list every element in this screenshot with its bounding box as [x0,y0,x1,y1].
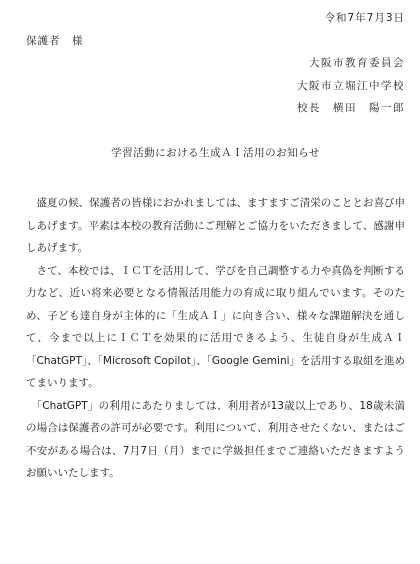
sender-block: 大阪市教育委員会 大阪市立堀江中学校 校長 横田 陽一郎 [26,52,405,120]
document-date: 令和7年7月3日 [26,7,405,30]
sender-principal: 校長 横田 陽一郎 [26,97,405,120]
sender-school: 大阪市立堀江中学校 [26,75,405,98]
document-title: 学習活動における生成ＡＩ活用のお知らせ [26,142,405,165]
notice-document: 令和7年7月3日 保護者 様 大阪市教育委員会 大阪市立堀江中学校 校長 横田 … [0,0,420,564]
sender-organization: 大阪市教育委員会 [26,52,405,75]
body-paragraph-greeting: 盛夏の候、保護者の皆様におかれましては、ますますご清栄のこととお喜び申しあげます… [26,192,405,260]
body-paragraph-ai-initiative: さて、本校では、ＩＣＴを活用して、学びを自己調整する力や真偽を判断する力など、近… [26,260,405,395]
body-paragraph-consent-request: 「ChatGPT」の利用にあたりましては、利用者が13歳以上であり、18歳未満の… [26,395,405,485]
recipient-line: 保護者 様 [26,30,405,53]
document-body: 盛夏の候、保護者の皆様におかれましては、ますますご清栄のこととお喜び申しあげます… [26,192,405,485]
